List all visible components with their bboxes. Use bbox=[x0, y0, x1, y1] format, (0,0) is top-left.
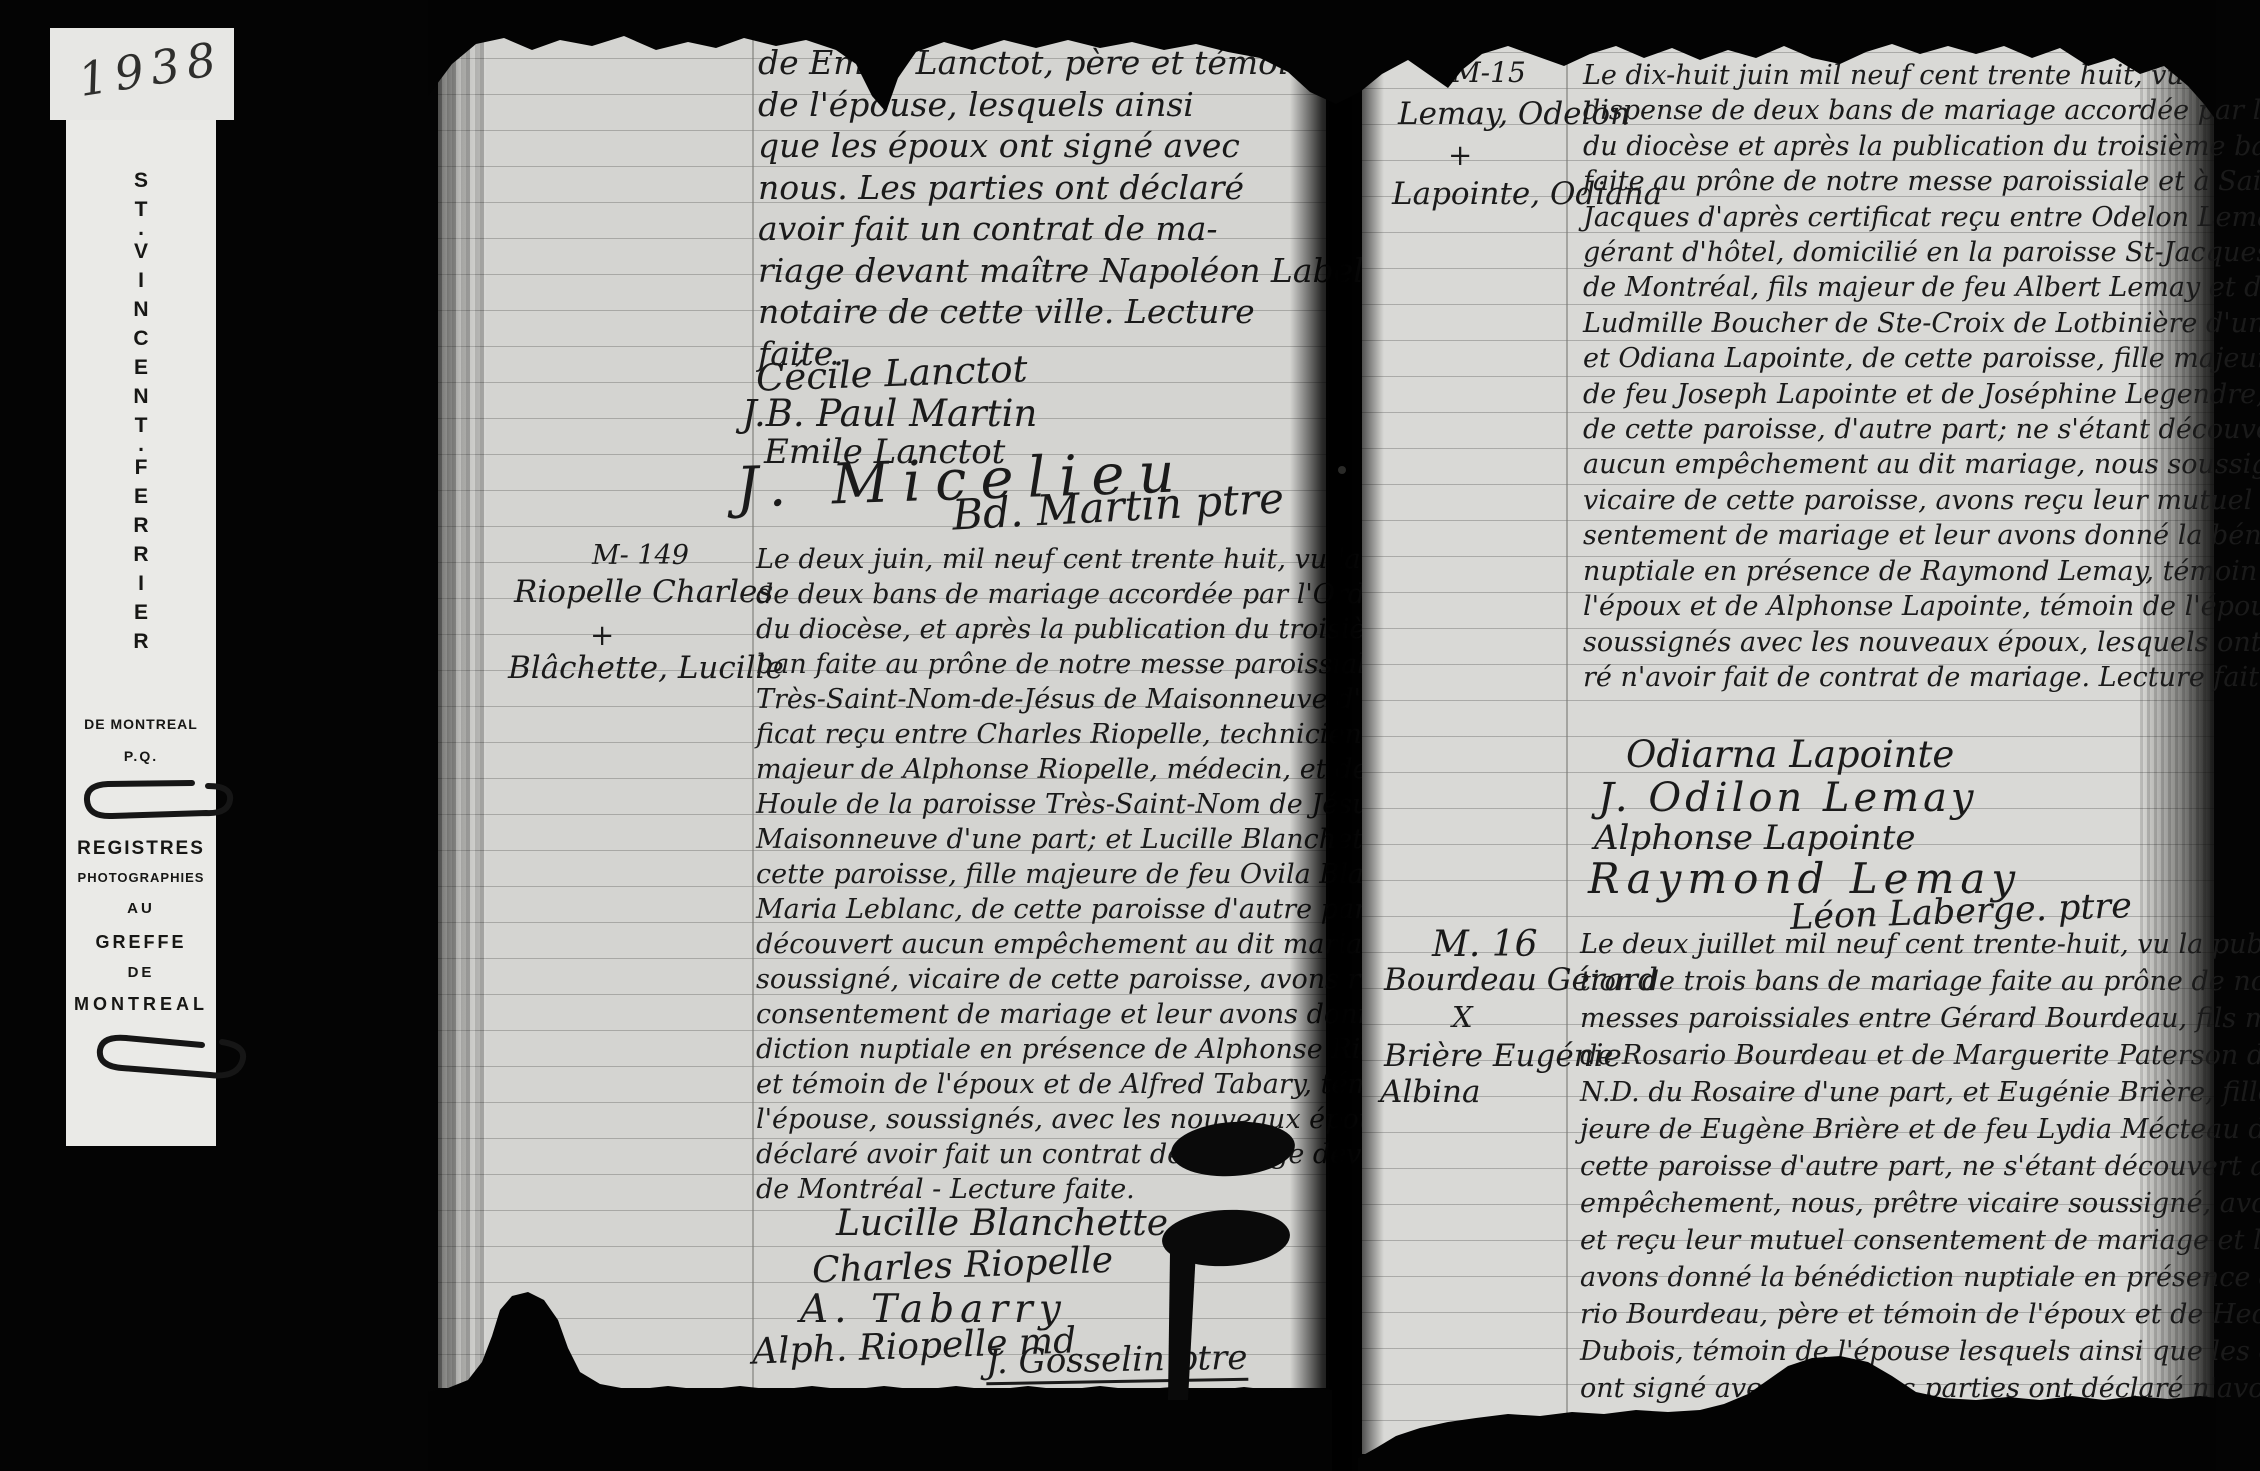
label-letter: E bbox=[66, 353, 216, 382]
left-page-binding-edge bbox=[438, 22, 486, 1388]
text-line: du diocèse, et après la publication du t… bbox=[756, 612, 1328, 647]
label-letter: . bbox=[66, 224, 216, 237]
text-line: avons donné la bénédiction nuptiale en p… bbox=[1580, 1259, 2164, 1296]
text-line: sentement de mariage et leur avons donné… bbox=[1583, 518, 2163, 553]
text-line: soussignés avec les nouveaux époux, lesq… bbox=[1583, 625, 2163, 660]
text-line: avoir fait un contrat de ma- bbox=[758, 208, 1318, 250]
label-letter: R bbox=[66, 540, 216, 569]
signature-lucille-blanchette: Lucille Blanchette bbox=[836, 1203, 1168, 1244]
text-line: Le deux juillet mil neuf cent trente-hui… bbox=[1580, 926, 2164, 963]
text-line: N.D. du Rosaire d'une part, et Eugénie B… bbox=[1580, 1074, 2164, 1111]
right-page-margin-rule bbox=[1566, 16, 1568, 1454]
text-line: du diocèse et après la publication du tr… bbox=[1583, 129, 2163, 164]
text-line: ficat reçu entre Charles Riopelle, techn… bbox=[756, 717, 1328, 752]
label-registres: REGISTRES bbox=[66, 838, 216, 860]
text-line: l'époux et de Alphonse Lapointe, témoin … bbox=[1583, 589, 2163, 624]
label-letter: I bbox=[66, 569, 216, 598]
text-line: messes paroissiales entre Gérard Bourdea… bbox=[1580, 1000, 2164, 1037]
label-letter: F bbox=[66, 453, 216, 482]
text-line: nuptiale en présence de Raymond Lemay, t… bbox=[1583, 554, 2163, 589]
margin-note-plus-15: + bbox=[1448, 138, 1472, 172]
margin-note-number-149: M- 149 bbox=[592, 540, 689, 571]
text-line: déclaré avoir fait un contrat de mariage… bbox=[756, 1137, 1328, 1172]
margin-note-plus-149: + bbox=[590, 618, 614, 652]
text-line: et témoin de l'époux et de Alfred Tabary… bbox=[756, 1067, 1328, 1102]
text-line: Houle de la paroisse Très-Saint-Nom de J… bbox=[756, 787, 1328, 822]
text-line: Maisonneuve d'une part; et Lucille Blanc… bbox=[756, 822, 1328, 857]
label-year: 1938 bbox=[75, 31, 227, 107]
label-letter: E bbox=[66, 598, 216, 627]
text-line: de deux bans de mariage accordée par l'O… bbox=[756, 577, 1328, 612]
label-photographies: PHOTOGRAPHIES bbox=[66, 870, 216, 885]
text-line: de l'épouse, lesquels ainsi bbox=[758, 84, 1318, 126]
text-line: de cette paroisse, d'autre part; ne s'ét… bbox=[1583, 412, 2163, 447]
label-parish-name-vertical: ST.VINCENT.FERRIER bbox=[66, 166, 216, 656]
text-line: ré n'avoir fait de contrat de mariage. L… bbox=[1583, 660, 2163, 695]
signature-gosselin-ptre: J. Gosselin ptre bbox=[986, 1338, 1248, 1386]
label-de: DE bbox=[66, 964, 216, 981]
text-line: découvert aucun empêchement au dit maria… bbox=[756, 927, 1328, 962]
label-letter: . bbox=[66, 440, 216, 453]
act-continuation-text: de Emile Lanctot, père et témoinde l'épo… bbox=[758, 42, 1318, 374]
label-letter: S bbox=[66, 166, 216, 195]
text-line: de Montréal - Lecture faite. bbox=[756, 1172, 1328, 1207]
label-letter: V bbox=[66, 237, 216, 266]
label-letter: I bbox=[66, 266, 216, 295]
text-line: de Montréal, fils majeur de feu Albert L… bbox=[1583, 270, 2163, 305]
margin-note-number-16: M. 16 bbox=[1432, 924, 1538, 965]
text-line: consentement de mariage et leur avons do… bbox=[756, 997, 1328, 1032]
label-letter: E bbox=[66, 482, 216, 511]
microfilm-frame: de Emile Lanctot, père et témoinde l'épo… bbox=[0, 0, 2260, 1471]
label-montreal: MONTREAL bbox=[66, 994, 216, 1015]
label-letter: N bbox=[66, 295, 216, 324]
text-line: Le deux juin, mil neuf cent trente huit,… bbox=[756, 542, 1328, 577]
text-line: cette paroisse d'autre part, ne s'étant … bbox=[1580, 1148, 2164, 1185]
margin-note-bride-16-line2: Albina bbox=[1380, 1074, 1481, 1110]
label-letter: R bbox=[66, 627, 216, 656]
text-line: Maria Leblanc, de cette paroisse d'autre… bbox=[756, 892, 1328, 927]
text-line: soussigné, vicaire de cette paroisse, av… bbox=[756, 962, 1328, 997]
act-16-text: Le deux juillet mil neuf cent trente-hui… bbox=[1580, 926, 2164, 1407]
text-line: nous. Les parties ont déclaré bbox=[758, 167, 1318, 209]
label-de-montreal: DE MONTREAL bbox=[66, 716, 216, 732]
text-line: gérant d'hôtel, domicilié en la paroisse… bbox=[1583, 235, 2163, 270]
label-letter: C bbox=[66, 324, 216, 353]
signature-alphonse-lapointe: Alphonse Lapointe bbox=[1594, 818, 1915, 858]
text-line: vicaire de cette paroisse, avons reçu le… bbox=[1583, 483, 2163, 518]
text-line: et reçu leur mutuel consentement de mari… bbox=[1580, 1222, 2164, 1259]
text-line: Dubois, témoin de l'épouse lesquels ains… bbox=[1580, 1333, 2164, 1370]
text-line: empêchement, nous, prêtre vicaire soussi… bbox=[1580, 1185, 2164, 1222]
text-line: aucun empêchement au dit mariage, nous s… bbox=[1583, 447, 2163, 482]
signature-odilon-lemay: J. Odilon Lemay bbox=[1598, 775, 1978, 821]
text-line: de Emile Lanctot, père et témoin bbox=[758, 42, 1318, 84]
text-line: que les époux ont signé avec bbox=[758, 125, 1318, 167]
act-15-text: Le dix-huit juin mil neuf cent trente hu… bbox=[1583, 58, 2163, 695]
text-line: Très-Saint-Nom-de-Jésus de Maisonneuve d… bbox=[756, 682, 1328, 717]
signature-jb-paul-martin: J.B. Paul Martin bbox=[742, 392, 1037, 435]
margin-note-x-16: X bbox=[1452, 1000, 1473, 1034]
film-label-body: ST.VINCENT.FERRIER DE MONTREAL P.Q. REGI… bbox=[66, 120, 216, 1146]
text-line: ont signé avec nous. Les parties ont déc… bbox=[1580, 1370, 2164, 1407]
text-line: de feu Joseph Lapointe et de Joséphine L… bbox=[1583, 377, 2163, 412]
margin-note-groom-149: Riopelle Charles bbox=[514, 574, 773, 610]
left-page-margin-rule bbox=[752, 22, 754, 1388]
margin-note-bride-149: Blâchette, Lucille bbox=[508, 650, 784, 686]
label-letter: R bbox=[66, 511, 216, 540]
text-line: faite au prône de notre messe paroissial… bbox=[1583, 164, 2163, 199]
text-line: tion de trois bans de mariage faite au p… bbox=[1580, 963, 2164, 1000]
text-line: majeur de Alphonse Riopelle, médecin, et… bbox=[756, 752, 1328, 787]
label-greffe: GREFFE bbox=[66, 932, 216, 953]
film-label-header: 1938 bbox=[50, 28, 234, 120]
text-line: Ludmille Boucher de Ste-Croix de Lotbini… bbox=[1583, 306, 2163, 341]
signature-odiarna-lapointe: Odiarna Lapointe bbox=[1626, 733, 1954, 776]
text-line: l'épouse, soussignés, avec les nouveaux … bbox=[756, 1102, 1328, 1137]
label-au: AU bbox=[66, 900, 216, 917]
text-line: Le dix-huit juin mil neuf cent trente hu… bbox=[1583, 58, 2163, 93]
label-letter: N bbox=[66, 382, 216, 411]
text-line: rio Bourdeau, père et témoin de l'époux … bbox=[1580, 1296, 2164, 1333]
text-line: cette paroisse, fille majeure de feu Ovi… bbox=[756, 857, 1328, 892]
text-line: riage devant maître Napoléon Labelle bbox=[758, 250, 1318, 292]
text-line: Jacques d'après certificat reçu entre Od… bbox=[1583, 200, 2163, 235]
text-line: et Odiana Lapointe, de cette paroisse, f… bbox=[1583, 341, 2163, 376]
text-line: jeure de Eugène Brière et de feu Lydia M… bbox=[1580, 1111, 2164, 1148]
act-149-text: Le deux juin, mil neuf cent trente huit,… bbox=[756, 542, 1328, 1207]
label-pq: P.Q. bbox=[66, 748, 216, 764]
text-line: ban faite au prône de notre messe parois… bbox=[756, 647, 1328, 682]
text-line: de Rosario Bourdeau et de Marguerite Pat… bbox=[1580, 1037, 2164, 1074]
text-line: diction nuptiale en présence de Alphonse… bbox=[756, 1032, 1328, 1067]
margin-note-number-15: M-15 bbox=[1452, 56, 1526, 89]
book-gutter-shadow bbox=[1290, 0, 1384, 1471]
text-line: dispense de deux bans de mariage accordé… bbox=[1583, 93, 2163, 128]
text-line: notaire de cette ville. Lecture bbox=[758, 291, 1318, 333]
